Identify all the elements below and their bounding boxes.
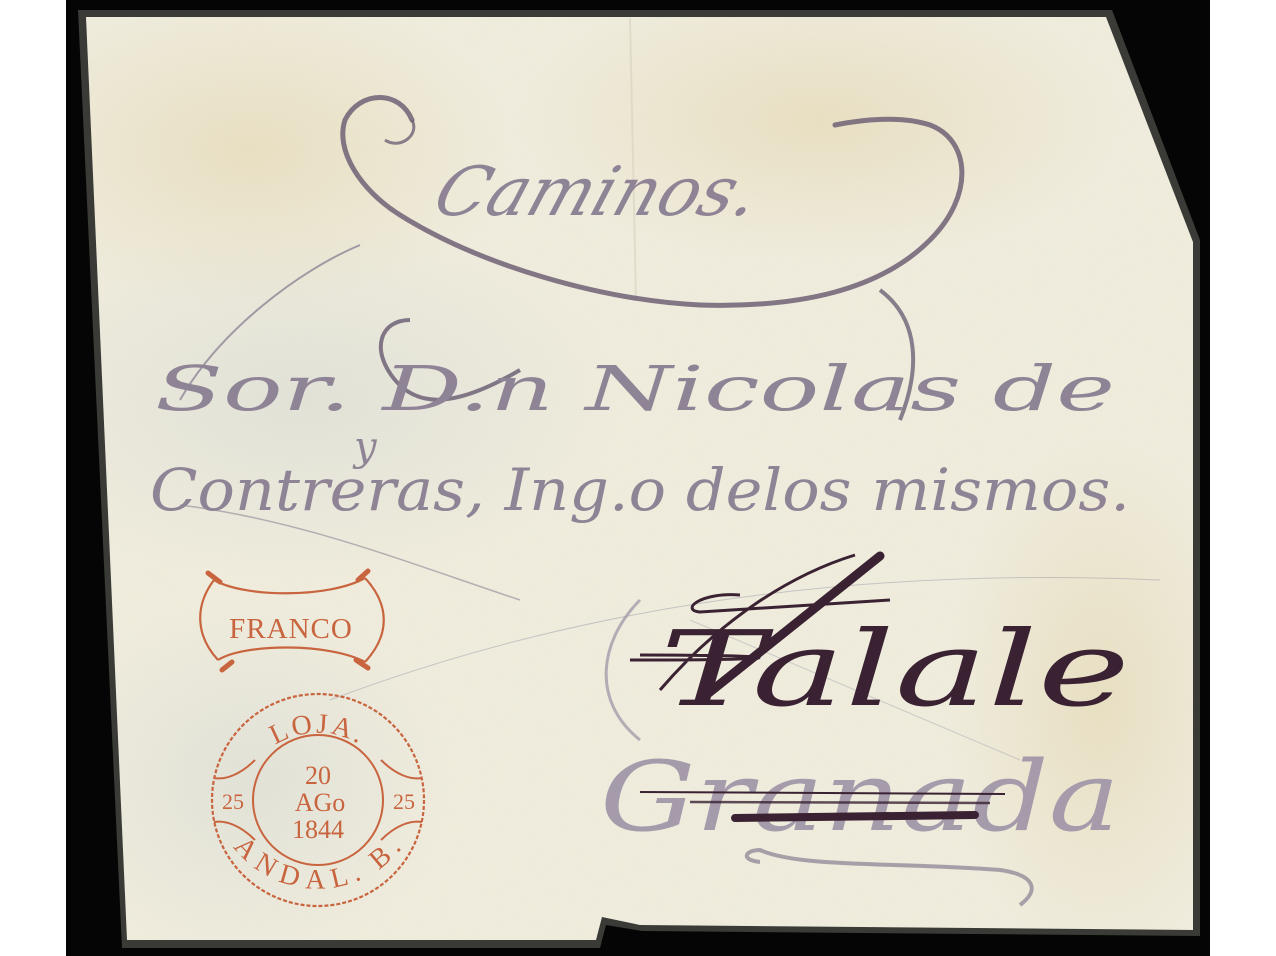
postmark-year: 1844 — [292, 815, 344, 844]
destination-struck-text: Granada — [600, 741, 1120, 853]
franco-label: FRANCO — [229, 613, 353, 645]
postmark-day: 20 — [305, 761, 331, 790]
postmark-month: AGo — [295, 788, 346, 817]
heading-text: Caminos. — [425, 153, 771, 232]
addressee-title-text: Contreras, Ing.o delos mismos. — [150, 456, 1130, 524]
postmark-left-number: 25 — [222, 789, 244, 814]
postmark-right-number: 25 — [393, 789, 415, 814]
postal-cover-scan: Caminos. Sor. D.n Nicolas de y Contreras… — [0, 0, 1276, 956]
addressee-name-text: Sor. D.n Nicolas de — [155, 352, 1115, 425]
destination-new-text: Talale — [660, 608, 1130, 730]
strike-line-3 — [735, 815, 975, 818]
strike-line-2 — [690, 802, 990, 803]
